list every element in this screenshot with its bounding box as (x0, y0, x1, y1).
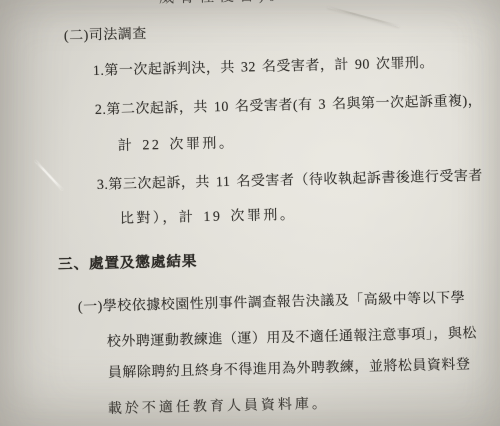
disposition-para-1-line-2: 校外聘運動教練進（運）用及不適任通報注意事項」，與松 (107, 326, 477, 352)
section-disposition-heading: 三、處置及懲處結果 (58, 254, 198, 275)
judicial-item-3-line-2: 比對），計 19 次罪刑。 (120, 208, 297, 229)
judicial-item-3-line-1: 3.第三次起訴，共 11 名受害者（待收執起訴書後進行受害者 (97, 169, 483, 195)
paper-scratch-mark (35, 160, 63, 190)
clipped-top-line: ⋯威脅性侵害)。 (139, 0, 289, 8)
section-judicial-heading: (二)司法調查 (64, 27, 147, 46)
judicial-item-2-line-1: 2.第二次起訴，共 10 名受害者(有 3 名與第一次起訴重複)， (95, 94, 483, 120)
disposition-para-1-line-1: (一)學校依據校園性別事件調查報告決議及「高級中等以下學 (78, 291, 466, 317)
disposition-para-1-line-4: 載於不適任教育人員資料庫。 (108, 397, 329, 419)
judicial-item-2-line-2: 計 22 次罪刑。 (118, 136, 236, 156)
document-photo: ⋯威脅性侵害)。 (二)司法調查 1.第一次起訴判決，共 32 名受害者，計 9… (0, 0, 500, 426)
disposition-para-1-line-3: 員解除聘約且終身不得進用為外聘教練，並將松員資料登 (108, 357, 471, 382)
paper-crease-shadow (328, 6, 400, 27)
judicial-item-1: 1.第一次起訴判決，共 32 名受害者，計 90 次罪刑。 (93, 56, 434, 81)
